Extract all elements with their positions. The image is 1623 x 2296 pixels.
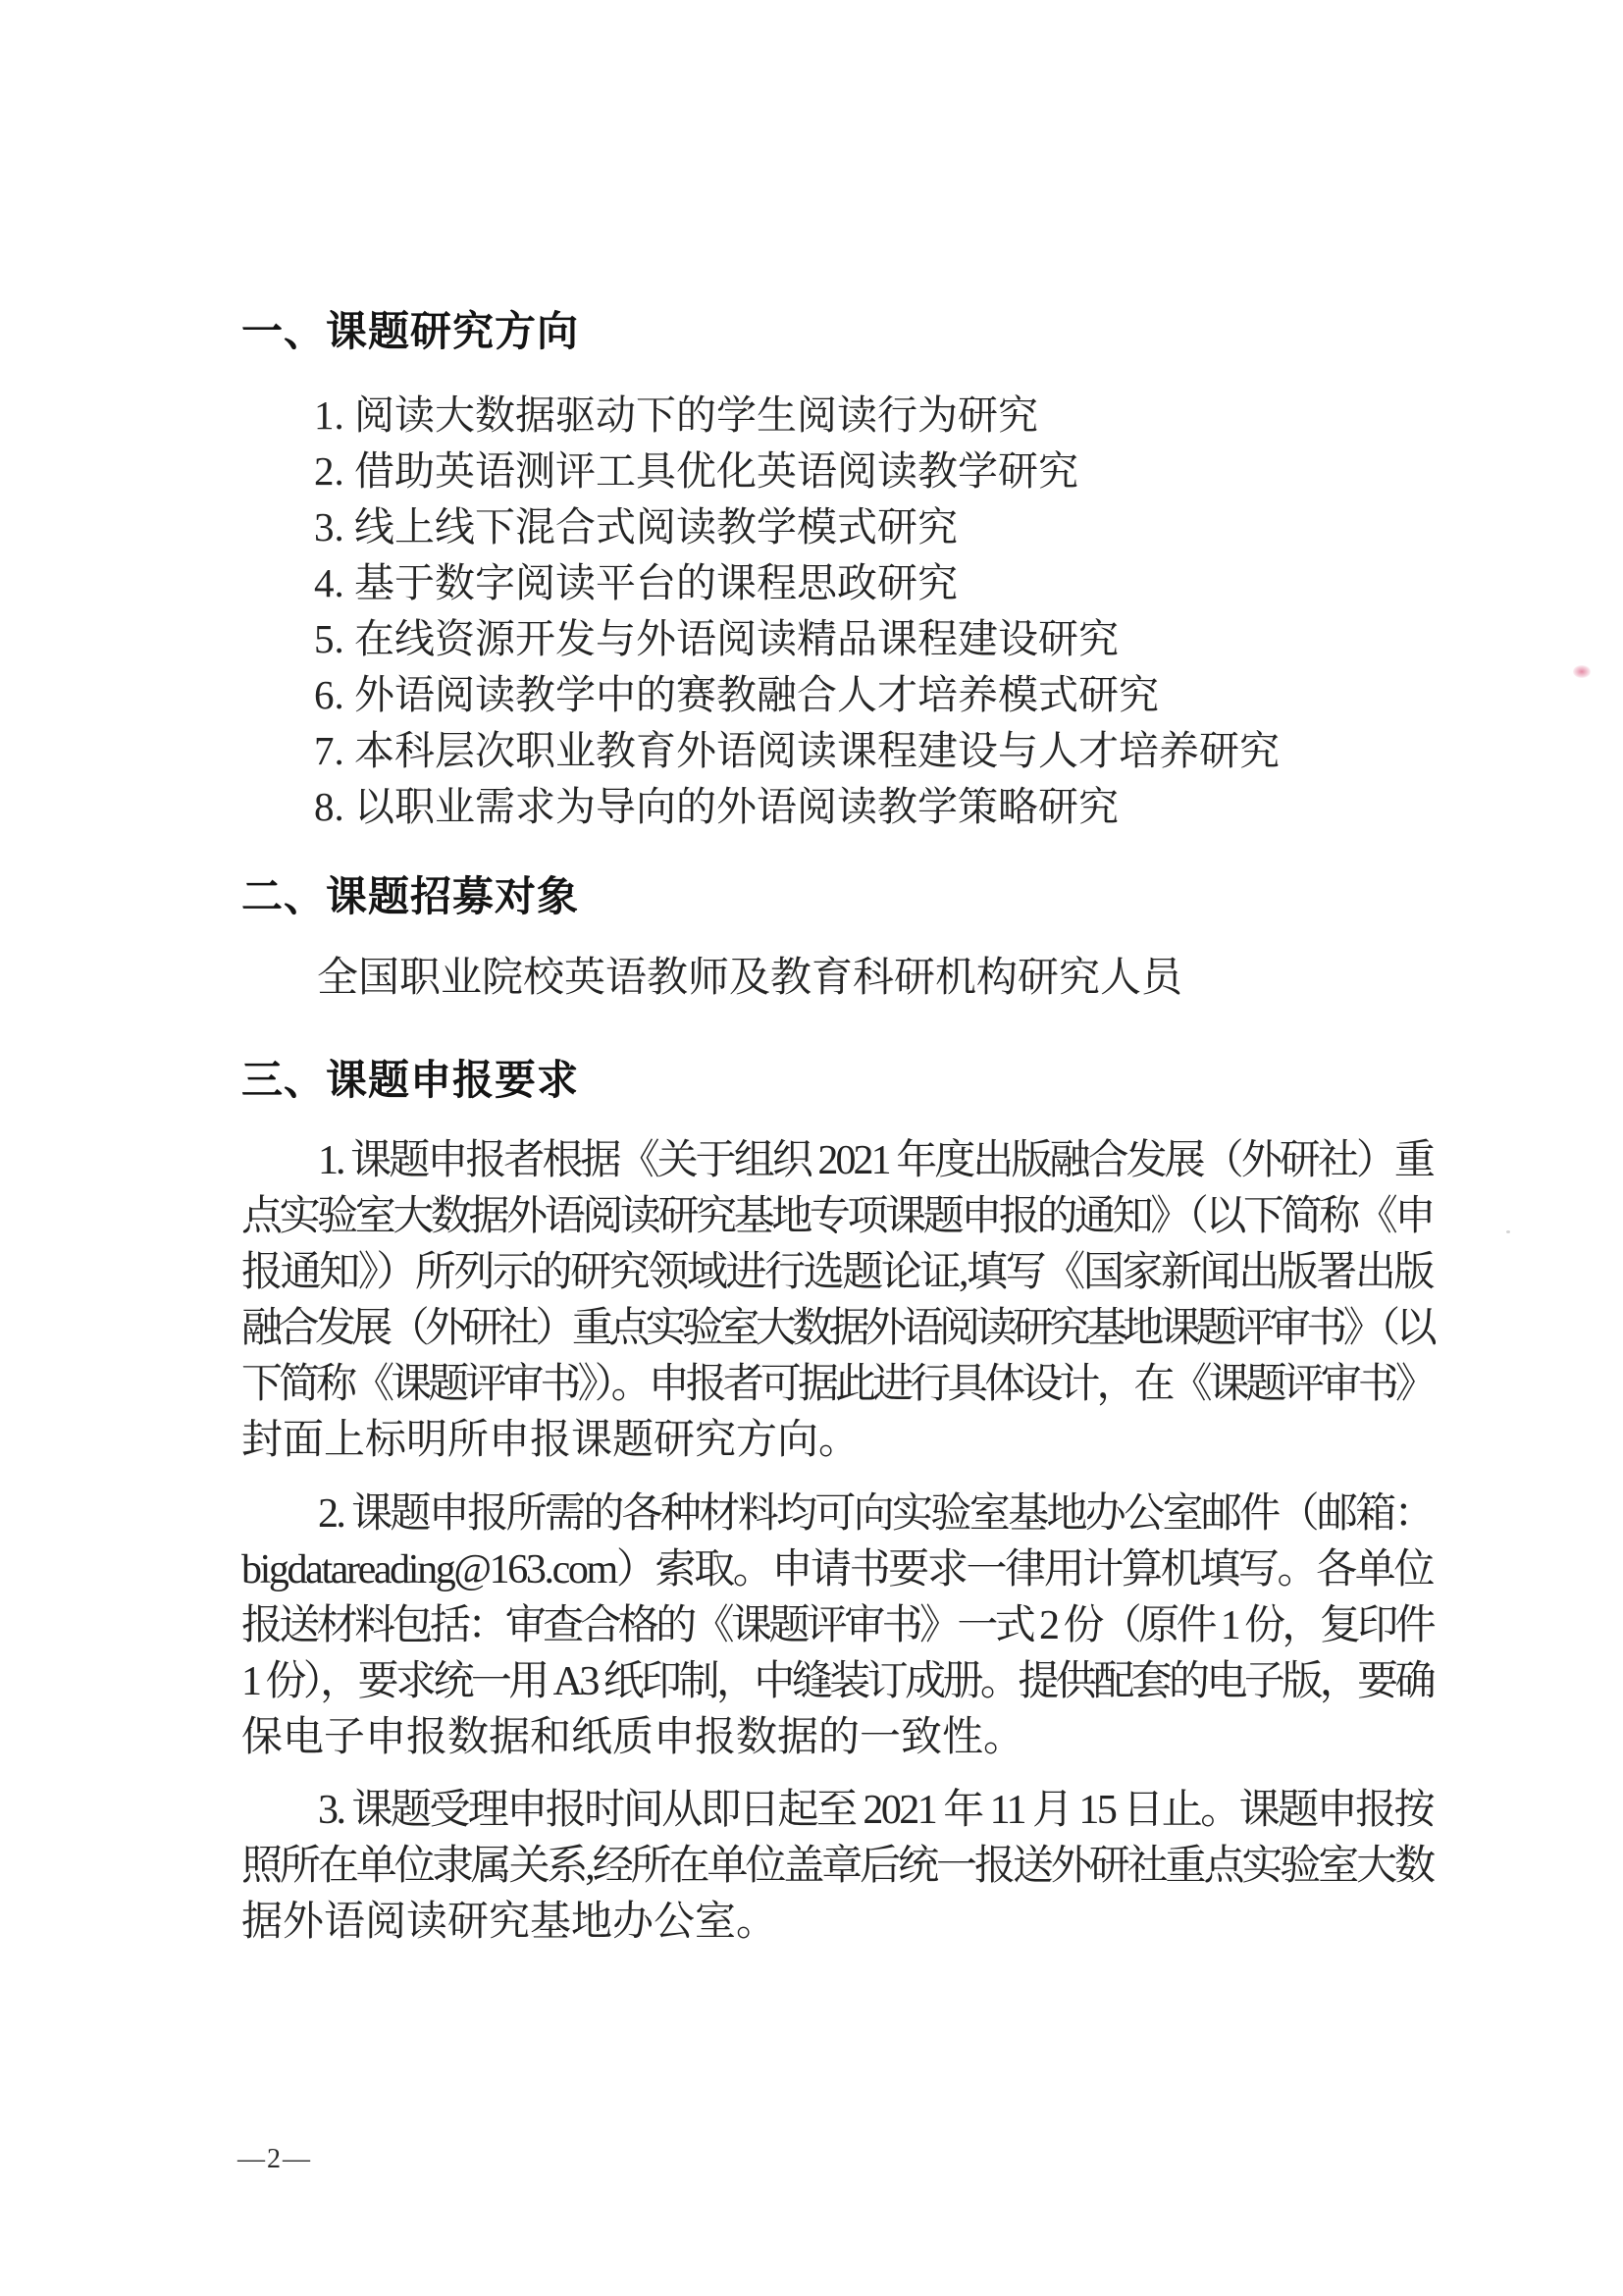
section-heading-recruit-target: 二、课题招募对象 [241, 874, 579, 919]
recruit-target-text: 全国职业院校英语教师及教育科研机构研究人员 [317, 951, 1182, 1007]
body-text-line: 照所在单位隶属关系,经所在单位盖章后统一报送外研社重点实验室大数 [241, 1839, 1433, 1895]
page-number: —2— [237, 2143, 312, 2176]
requirements-paragraph-2: 2. 课题申报所需的各种材料均可向实验室基地办公室邮件（邮箱：bigdatare… [241, 1487, 1433, 1766]
body-text-line: 1. 课题申报者根据《关于组织 2021 年度出版融合发展（外研社）重 [241, 1133, 1433, 1189]
research-direction-list: 1. 阅读大数据驱动下的学生阅读行为研究2. 借助英语测评工具优化英语阅读教学研… [314, 388, 1280, 835]
research-direction-item: 2. 借助英语测评工具优化英语阅读教学研究 [314, 444, 1280, 499]
body-text-line: 2. 课题申报所需的各种材料均可向实验室基地办公室邮件（邮箱： [241, 1487, 1433, 1542]
body-text-line: 封面上标明所申报课题研究方向。 [241, 1413, 1433, 1469]
research-direction-item: 1. 阅读大数据驱动下的学生阅读行为研究 [314, 388, 1280, 444]
research-direction-item: 6. 外语阅读教学中的赛教融合人才培养模式研究 [314, 667, 1280, 723]
research-direction-item: 4. 基于数字阅读平台的课程思政研究 [314, 555, 1280, 611]
research-direction-item: 3. 线上线下混合式阅读教学模式研究 [314, 499, 1280, 555]
requirements-paragraph-1: 1. 课题申报者根据《关于组织 2021 年度出版融合发展（外研社）重点实验室大… [241, 1133, 1433, 1469]
research-direction-item: 5. 在线资源开发与外语阅读精品课程建设研究 [314, 611, 1280, 667]
body-text-line: 报送材料包括：审查合格的《课题评审书》一式 2 份（原件 1 份，复印件 [241, 1598, 1433, 1654]
body-text-line: 保电子申报数据和纸质申报数据的一致性。 [241, 1710, 1433, 1766]
section-heading-research-directions: 一、课题研究方向 [241, 309, 579, 354]
body-text-line: 3. 课题受理申报时间从即日起至 2021 年 11 月 15 日止。课题申报按 [241, 1783, 1433, 1839]
body-text-line: 报通知》）所列示的研究领域进行选题论证,填写《国家新闻出版署出版 [241, 1245, 1433, 1301]
scan-speck [1506, 1230, 1510, 1233]
requirements-paragraph-3: 3. 课题受理申报时间从即日起至 2021 年 11 月 15 日止。课题申报按… [241, 1783, 1433, 1951]
research-direction-item: 7. 本科层次职业教育外语阅读课程建设与人才培养研究 [314, 723, 1280, 779]
body-text-line: bigdatareading@163.com）索取。申请书要求一律用计算机填写。… [241, 1542, 1433, 1598]
document-page: 一、课题研究方向 1. 阅读大数据驱动下的学生阅读行为研究2. 借助英语测评工具… [0, 0, 1623, 2296]
body-text-line: 下简称《课题评审书》）。申报者可据此进行具体设计，在《课题评审书》 [241, 1357, 1433, 1413]
body-text-line: 融合发展（外研社）重点实验室大数据外语阅读研究基地课题评审书》（以 [241, 1301, 1433, 1357]
body-text-line: 据外语阅读研究基地办公室。 [241, 1895, 1433, 1951]
body-text-line: 点实验室大数据外语阅读研究基地专项课题申报的通知》（以下简称《申 [241, 1189, 1433, 1245]
body-text-line: 1 份），要求统一用 A3 纸印制，中缝装订成册。提供配套的电子版，要确 [241, 1654, 1433, 1710]
research-direction-item: 8. 以职业需求为导向的外语阅读教学策略研究 [314, 779, 1280, 835]
pink-ink-smudge [1573, 665, 1591, 678]
section-heading-application-requirements: 三、课题申报要求 [241, 1058, 579, 1103]
